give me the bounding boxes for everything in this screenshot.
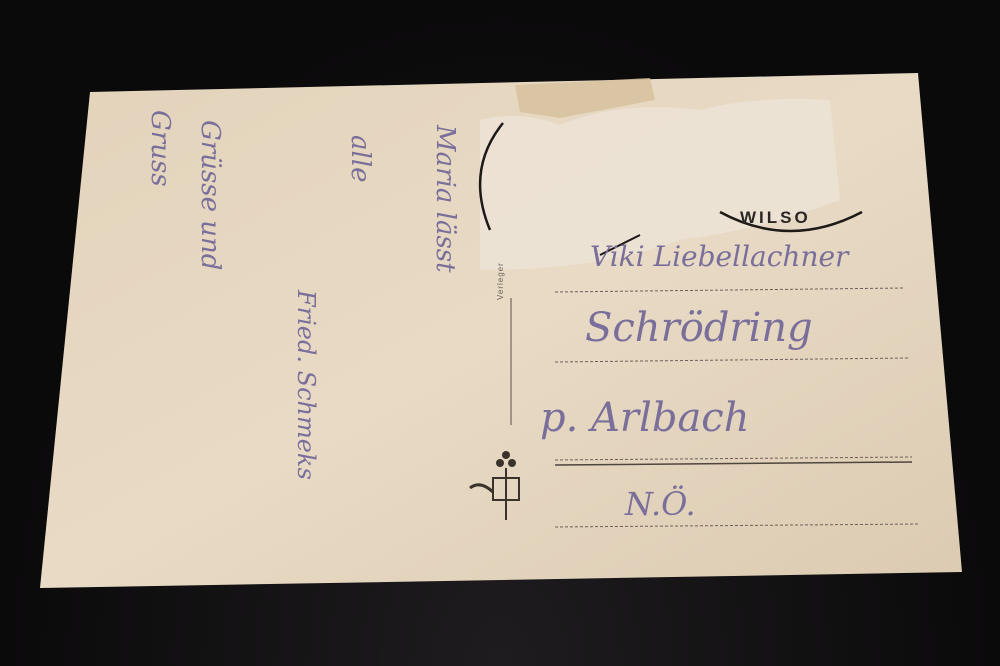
- message-column-4: Maria lässt: [430, 125, 460, 273]
- address-line-4: N.Ö.: [625, 485, 696, 523]
- message-column-1: Gruss: [145, 110, 175, 187]
- publisher-label: Verleger: [496, 262, 505, 300]
- message-column-5: Fried. Schmeks: [292, 290, 320, 480]
- address-line-2: Schrödring: [585, 305, 813, 351]
- postmark-text: WILSO: [740, 208, 811, 228]
- address-line-3: p. Arlbach: [540, 395, 749, 441]
- message-column-3: alle: [345, 135, 375, 183]
- address-line-1: Viki Liebellachner: [590, 240, 848, 273]
- postcard: [0, 0, 1000, 666]
- message-column-2: Grüsse und: [195, 120, 225, 270]
